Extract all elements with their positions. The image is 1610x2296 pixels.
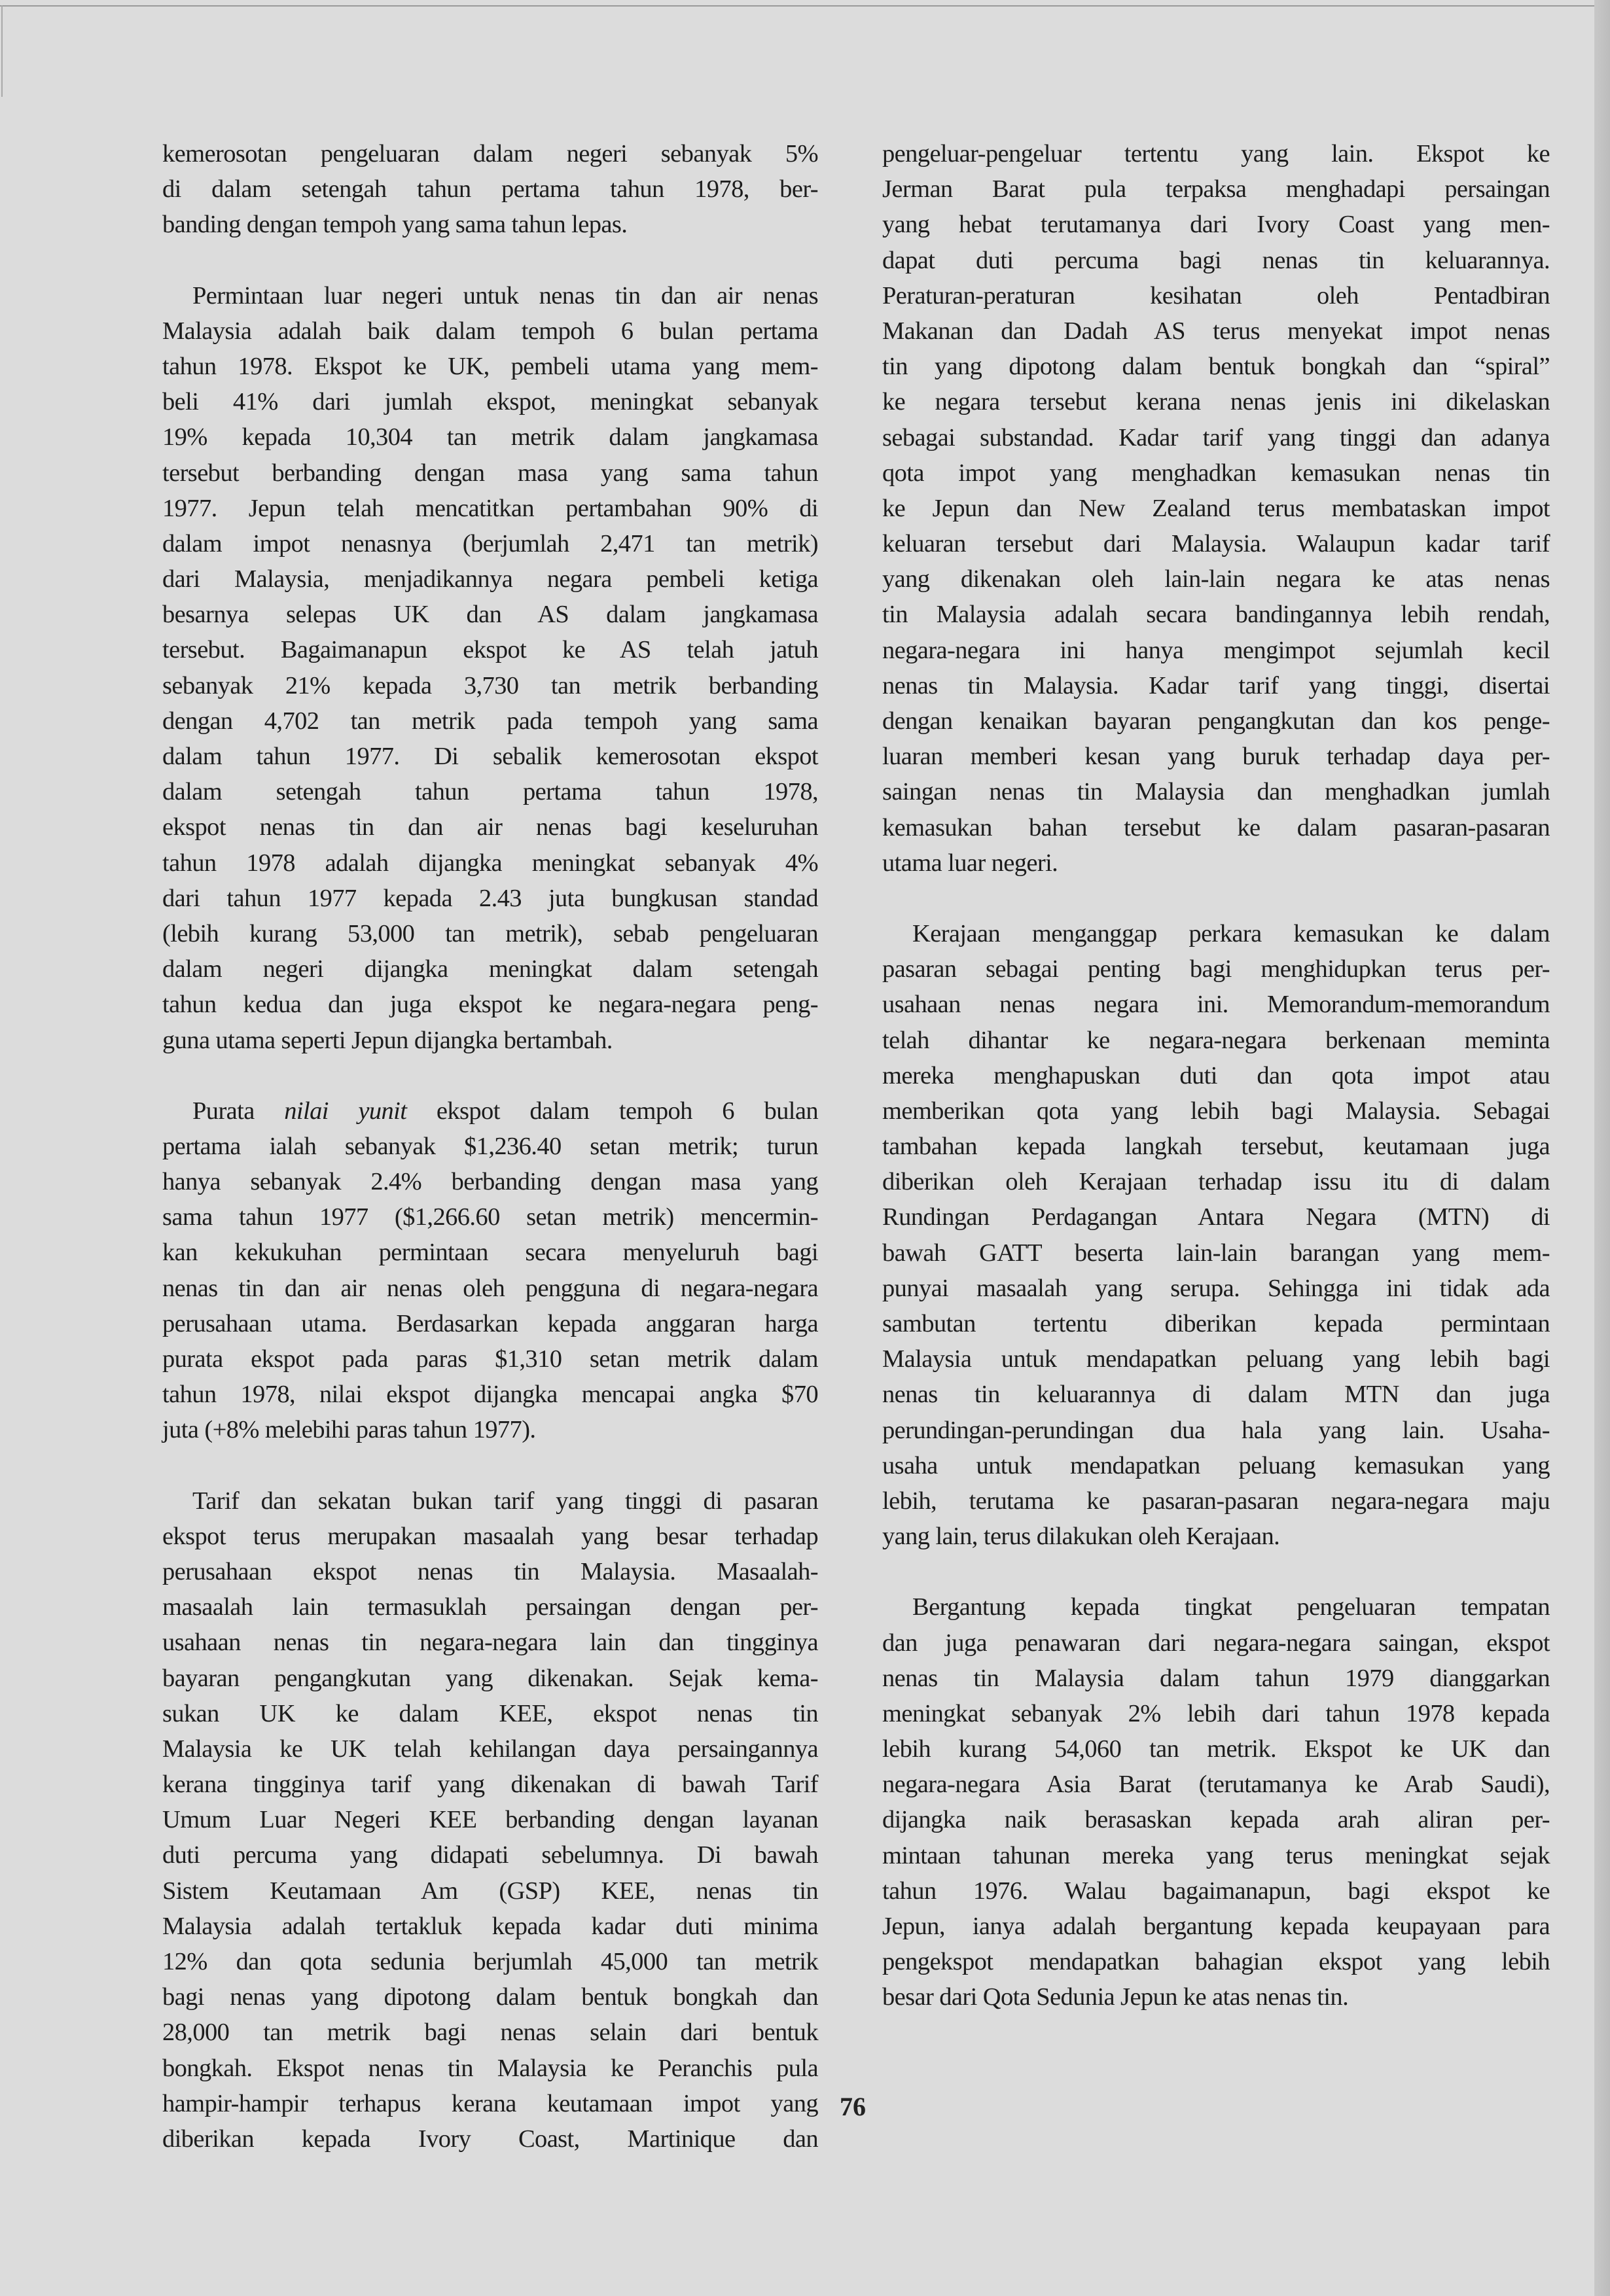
text-line: tersebut berbanding dengan masa yang sam… [162, 455, 818, 491]
text-line: juta (+8% melebihi paras tahun 1977). [162, 1412, 818, 1447]
text-line: bongkah. Ekspot nenas tin Malaysia ke Pe… [162, 2051, 818, 2086]
left-column: kemerosotan pengeluaran dalam negeri seb… [162, 136, 818, 2157]
text-line: dijangka naik berasaskan kepada arah ali… [882, 1802, 1550, 1837]
text-line: Kerajaan menganggap perkara kemasukan ke… [882, 916, 1550, 951]
text-line: negara-negara Asia Barat (terutamanya ke… [882, 1767, 1550, 1802]
text-line: luaran memberi kesan yang buruk terhadap… [882, 739, 1550, 774]
text-line: Bergantung kepada tingkat pengeluaran te… [882, 1589, 1550, 1625]
text-line: perusahaan ekspot nenas tin Malaysia. Ma… [162, 1554, 818, 1589]
text-line: yang hebat terutamanya dari Ivory Coast … [882, 207, 1550, 242]
page-top-edge [0, 5, 1597, 7]
paragraph: Bergantung kepada tingkat pengeluaran te… [882, 1589, 1550, 2015]
text-line: tersebut. Bagaimanapun ekspot ke AS tela… [162, 632, 818, 667]
text-line: Malaysia adalah baik dalam tempoh 6 bula… [162, 313, 818, 349]
text-line: 12% dan qota sedunia berjumlah 45,000 ta… [162, 1944, 818, 1979]
text-line: sebagai substandad. Kadar tarif yang tin… [882, 420, 1550, 455]
text-line: tahun 1976. Walau bagaimanapun, bagi eks… [882, 1873, 1550, 1909]
page-left-edge [1, 5, 3, 97]
text-line: dan juga penawaran dari negara-negara sa… [882, 1625, 1550, 1661]
text-line: bayaran pengangkutan yang dikenakan. Sej… [162, 1661, 818, 1696]
paragraph: Tarif dan sekatan bukan tarif yang tingg… [162, 1483, 818, 2157]
text-line: besar dari Qota Sedunia Jepun ke atas ne… [882, 1979, 1550, 2015]
text-line: ekspot nenas tin dan air nenas bagi kese… [162, 809, 818, 845]
text-line: nenas tin Malaysia. Kadar tarif yang tin… [882, 668, 1550, 703]
paragraph: Permintaan luar negeri untuk nenas tin d… [162, 278, 818, 1058]
text-line: guna utama seperti Jepun dijangka bertam… [162, 1023, 818, 1058]
text-line: banding dengan tempoh yang sama tahun le… [162, 207, 818, 242]
text-line: tin yang dipotong dalam bentuk bongkah d… [882, 349, 1550, 384]
text-line: yang lain, terus dilakukan oleh Kerajaan… [882, 1519, 1550, 1554]
text-line: ekspot terus merupakan masaalah yang bes… [162, 1519, 818, 1554]
text-line: dengan kenaikan bayaran pengangkutan dan… [882, 703, 1550, 739]
text-line: dalam impot nenasnya (berjumlah 2,471 ta… [162, 526, 818, 561]
text-line: tambahan kepada langkah tersebut, keutam… [882, 1129, 1550, 1164]
text-line: telah dihantar ke negara-negara berkenaa… [882, 1023, 1550, 1058]
text-line: negara-negara ini hanya mengimpot sejuml… [882, 633, 1550, 668]
text-line: sukan UK ke dalam KEE, ekspot nenas tin [162, 1696, 818, 1731]
text-line: sama tahun 1977 ($1,266.60 setan metrik)… [162, 1199, 818, 1235]
text-line: bagi nenas yang dipotong dalam bentuk bo… [162, 1979, 818, 2015]
text-line: usahaan nenas negara ini. Memorandum-mem… [882, 987, 1550, 1022]
text-line: tahun kedua dan juga ekspot ke negara-ne… [162, 987, 818, 1022]
text-line: pasaran sebagai penting bagi menghidupka… [882, 951, 1550, 987]
text-line: usaha untuk mendapatkan peluang kemasuka… [882, 1448, 1550, 1483]
text-line: mereka menghapuskan duti dan qota impot … [882, 1058, 1550, 1093]
text-line: hampir-hampir terhapus kerana keutamaan … [162, 2086, 818, 2121]
text-line: beli 41% dari jumlah ekspot, meningkat s… [162, 384, 818, 419]
text-line: dapat duti percuma bagi nenas tin keluar… [882, 243, 1550, 278]
paragraph: Purata nilai yunit ekspot dalam tempoh 6… [162, 1093, 818, 1448]
text-line: Jerman Barat pula terpaksa menghadapi pe… [882, 171, 1550, 207]
text-line: 1977. Jepun telah mencatitkan pertambaha… [162, 491, 818, 526]
page-number: 76 [840, 2091, 866, 2122]
text-line: dengan 4,702 tan metrik pada tempoh yang… [162, 703, 818, 739]
text-line: dalam setengah tahun pertama tahun 1978, [162, 774, 818, 809]
text-line: Umum Luar Negeri KEE berbanding dengan l… [162, 1802, 818, 1837]
text-line: mintaan tahunan mereka yang terus mening… [882, 1838, 1550, 1873]
text-line: kemasukan bahan tersebut ke dalam pasara… [882, 810, 1550, 845]
text-line: perundingan-perundingan dua hala yang la… [882, 1413, 1550, 1448]
text-line: perusahaan utama. Berdasarkan kepada ang… [162, 1306, 818, 1341]
text-line: punyai masaalah yang serupa. Sehingga in… [882, 1271, 1550, 1306]
text-line: Peraturan-peraturan kesihatan oleh Penta… [882, 278, 1550, 313]
text-line: nenas tin Malaysia dalam tahun 1979 dian… [882, 1661, 1550, 1696]
text-line: tahun 1978, nilai ekspot dijangka mencap… [162, 1377, 818, 1412]
text-line: sebanyak 21% kepada 3,730 tan metrik ber… [162, 668, 818, 703]
text-line: nenas tin dan air nenas oleh pengguna di… [162, 1271, 818, 1306]
text-line: Malaysia untuk mendapatkan peluang yang … [882, 1341, 1550, 1377]
paragraph: Kerajaan menganggap perkara kemasukan ke… [882, 916, 1550, 1554]
text-line: tahun 1978 adalah dijangka meningkat seb… [162, 845, 818, 881]
text-line: purata ekspot pada paras $1,310 setan me… [162, 1341, 818, 1377]
text-line: Makanan dan Dadah AS terus menyekat impo… [882, 313, 1550, 349]
text-line: Permintaan luar negeri untuk nenas tin d… [162, 278, 818, 313]
text-line: lebih kurang 54,060 tan metrik. Ekspot k… [882, 1731, 1550, 1767]
text-line: Rundingan Perdagangan Antara Negara (MTN… [882, 1199, 1550, 1235]
text-line: tahun 1978. Ekspot ke UK, pembeli utama … [162, 349, 818, 384]
text-line: hanya sebanyak 2.4% berbanding dengan ma… [162, 1164, 818, 1199]
text-line: di dalam setengah tahun pertama tahun 19… [162, 171, 818, 207]
text-line: dari Malaysia, menjadikannya negara pemb… [162, 561, 818, 597]
text-line: meningkat sebanyak 2% lebih dari tahun 1… [882, 1696, 1550, 1731]
text-line: besarnya selepas UK dan AS dalam jangkam… [162, 597, 818, 632]
text-line: yang dikenakan oleh lain-lain negara ke … [882, 561, 1550, 597]
text-line: (lebih kurang 53,000 tan metrik), sebab … [162, 916, 818, 951]
text-line: ke Jepun dan New Zealand terus membatask… [882, 491, 1550, 526]
text-line: duti percuma yang didapati sebelumnya. D… [162, 1837, 818, 1873]
text-line: Tarif dan sekatan bukan tarif yang tingg… [162, 1483, 818, 1519]
paragraph: kemerosotan pengeluaran dalam negeri seb… [162, 136, 818, 243]
text-line: pertama ialah sebanyak $1,236.40 setan m… [162, 1129, 818, 1164]
text-line: lebih, terutama ke pasaran-pasaran negar… [882, 1483, 1550, 1519]
right-column: pengeluar-pengeluar tertentu yang lain. … [882, 136, 1550, 2015]
text-line: kemerosotan pengeluaran dalam negeri seb… [162, 136, 818, 171]
text-line: 19% kepada 10,304 tan metrik dalam jangk… [162, 419, 818, 455]
text-line: Jepun, ianya adalah bergantung kepada ke… [882, 1909, 1550, 1944]
text-line: diberikan kepada Ivory Coast, Martinique… [162, 2121, 818, 2157]
text-line: Malaysia adalah tertakluk kepada kadar d… [162, 1909, 818, 1944]
text-line: keluaran tersebut dari Malaysia. Walaupu… [882, 526, 1550, 561]
text-line: nenas tin keluarannya di dalam MTN dan j… [882, 1377, 1550, 1412]
text-line: memberikan qota yang lebih bagi Malaysia… [882, 1093, 1550, 1129]
text-line: tin Malaysia adalah secara bandingannya … [882, 597, 1550, 632]
text-line: 28,000 tan metrik bagi nenas selain dari… [162, 2015, 818, 2050]
text-line: qota impot yang menghadkan kemasukan nen… [882, 455, 1550, 491]
text-line: kerana tingginya tarif yang dikenakan di… [162, 1767, 818, 1802]
paragraph: pengeluar-pengeluar tertentu yang lain. … [882, 136, 1550, 881]
text-line: Purata nilai yunit ekspot dalam tempoh 6… [162, 1093, 818, 1129]
text-line: pengeluar-pengeluar tertentu yang lain. … [882, 136, 1550, 171]
text-line: pengekspot mendapatkan bahagian ekspot y… [882, 1944, 1550, 1979]
text-line: utama luar negeri. [882, 845, 1550, 881]
text-line: dari tahun 1977 kepada 2.43 juta bungkus… [162, 881, 818, 916]
text-line: saingan nenas tin Malaysia dan menghadka… [882, 774, 1550, 809]
text-line: ke negara tersebut kerana nenas jenis in… [882, 384, 1550, 419]
text-line: Malaysia ke UK telah kehilangan daya per… [162, 1731, 818, 1767]
text-line: dalam negeri dijangka meningkat dalam se… [162, 951, 818, 987]
text-line: Sistem Keutamaan Am (GSP) KEE, nenas tin [162, 1873, 818, 1909]
text-line: masaalah lain termasuklah persaingan den… [162, 1589, 818, 1625]
text-line: kan kekukuhan permintaan secara menyelur… [162, 1235, 818, 1270]
text-line: usahaan nenas tin negara-negara lain dan… [162, 1625, 818, 1660]
page-binding-shadow [1594, 0, 1610, 2296]
text-line: dalam tahun 1977. Di sebalik kemerosotan… [162, 739, 818, 774]
text-line: bawah GATT beserta lain-lain barangan ya… [882, 1235, 1550, 1271]
text-line: sambutan tertentu diberikan kepada permi… [882, 1306, 1550, 1341]
text-line: diberikan oleh Kerajaan terhadap issu it… [882, 1164, 1550, 1199]
